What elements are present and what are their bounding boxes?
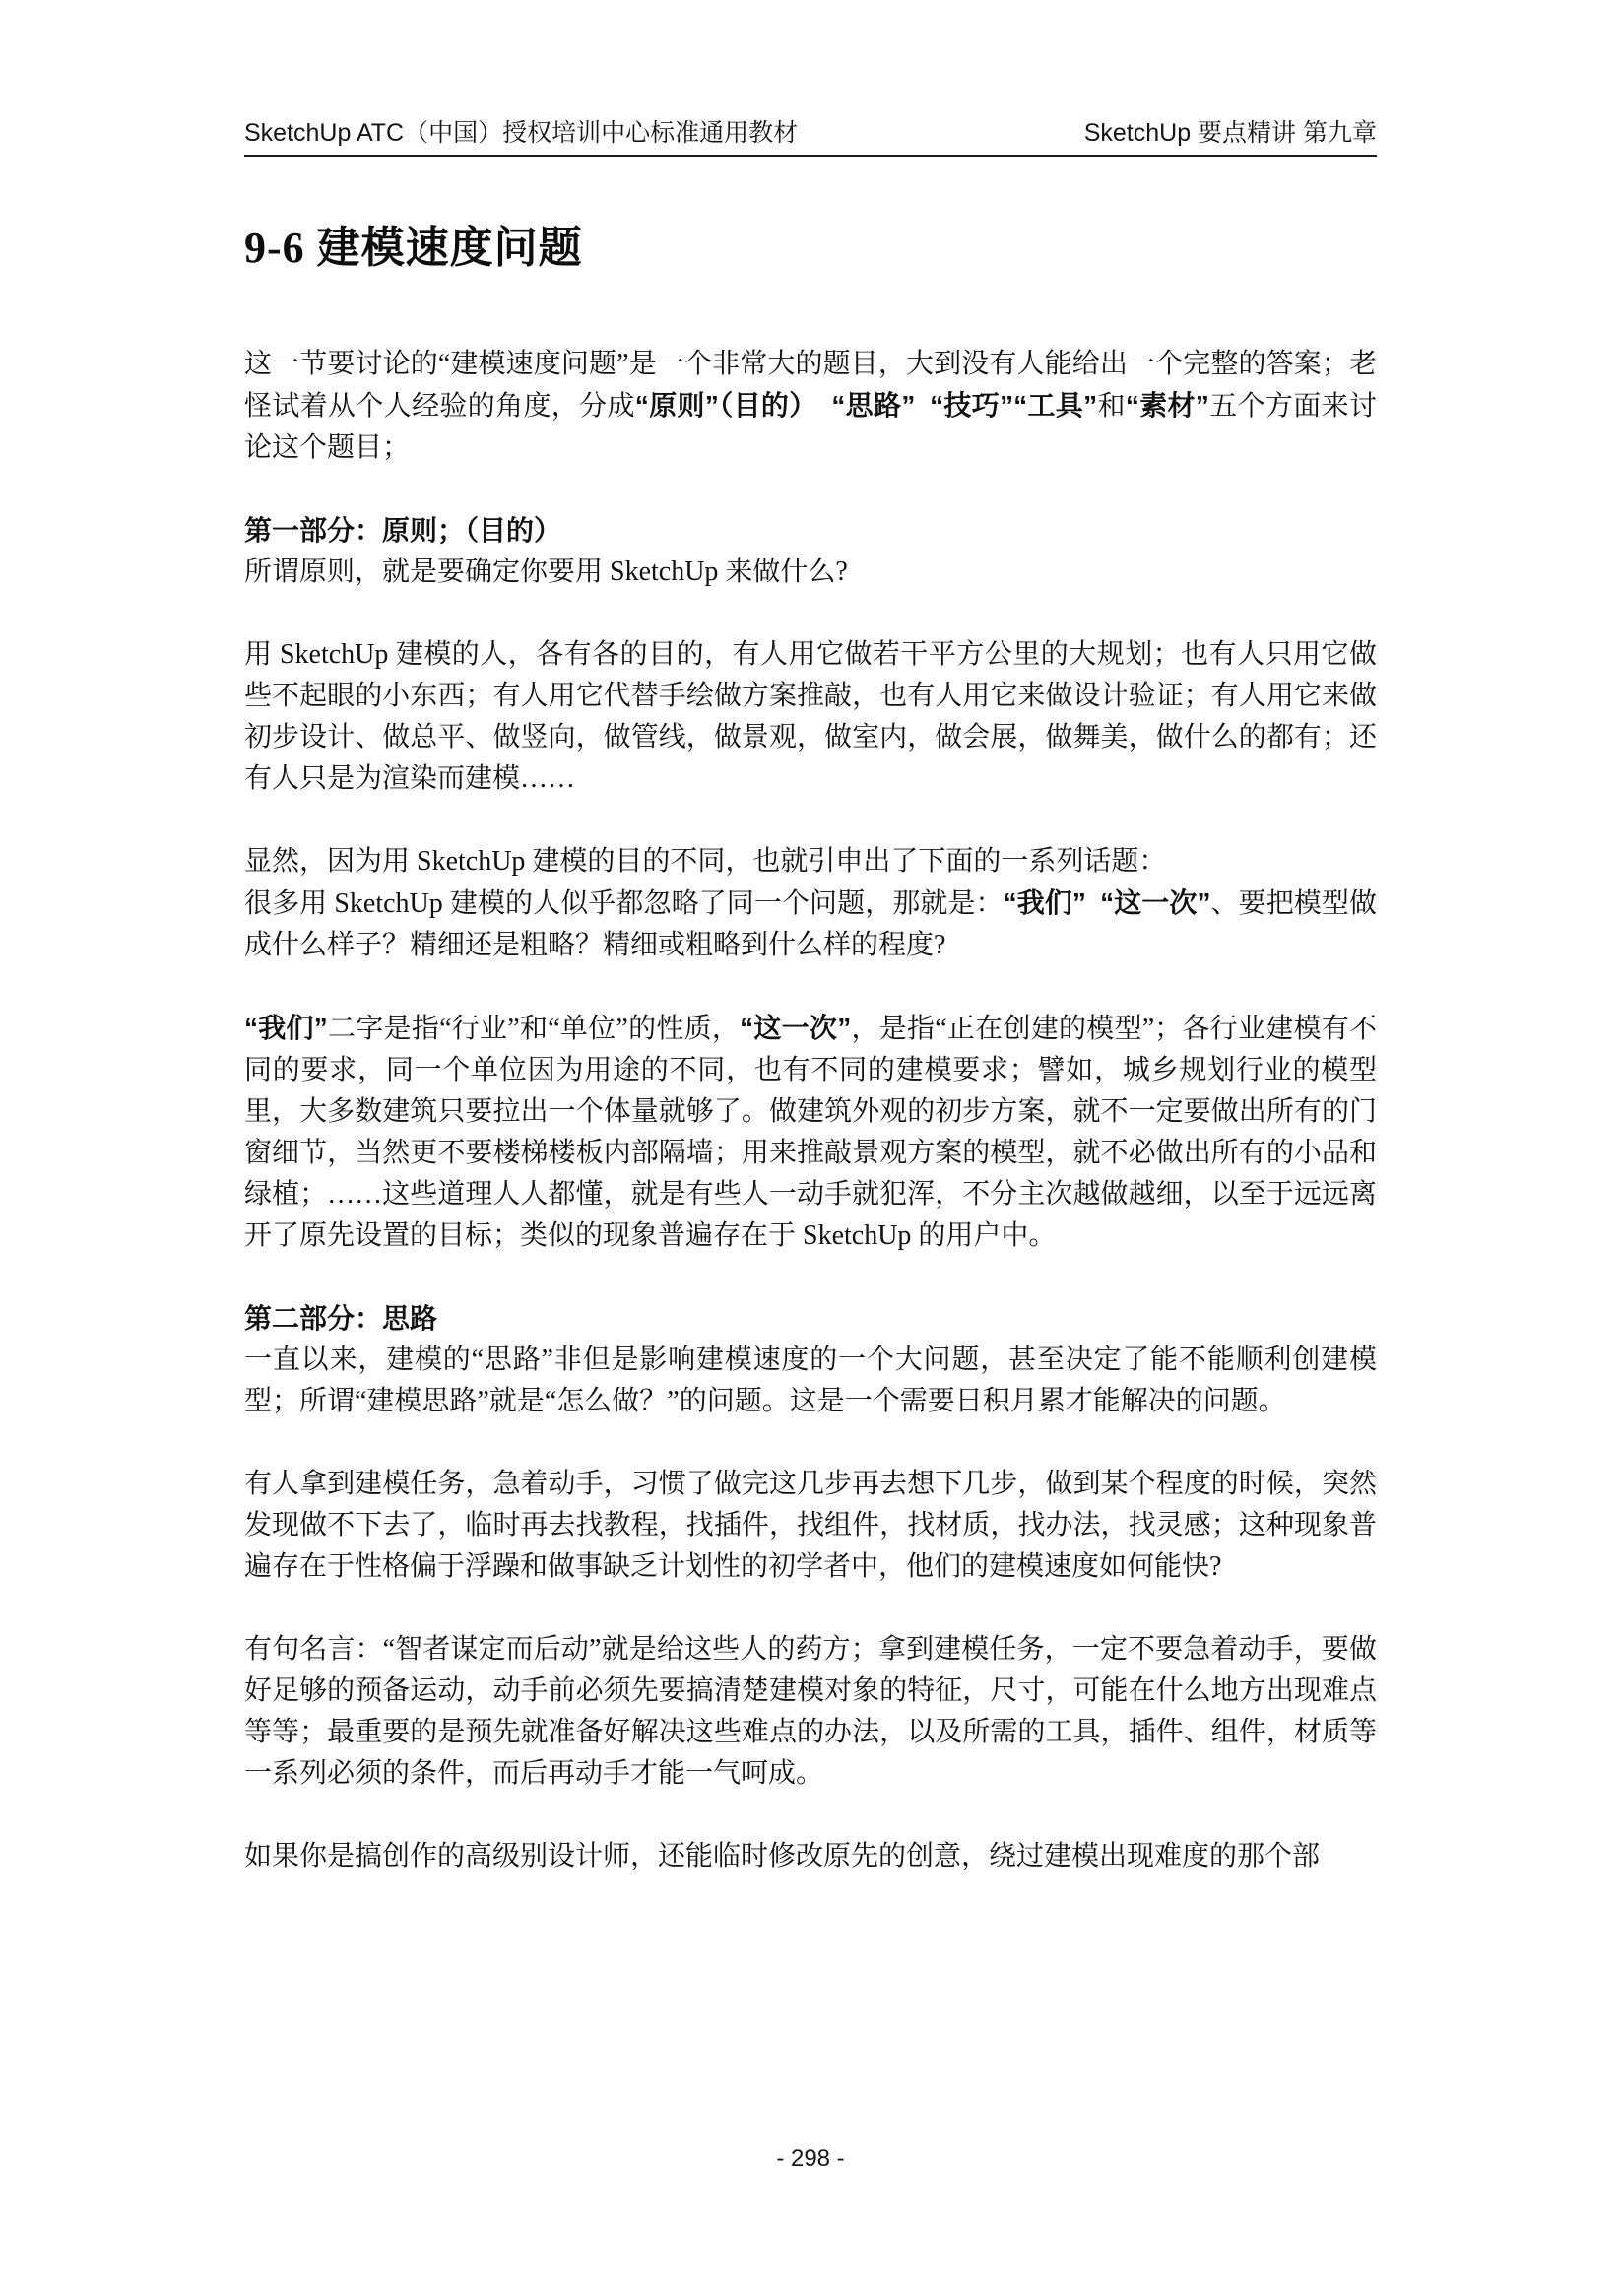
text-run: 有人拿到建模任务，急着动手，习惯了做完这几步再去想下几步，做到某个程度的时候，突… (244, 1469, 1377, 1582)
header-left-text: SketchUp ATC（中国）授权培训中心标准通用教材 (244, 118, 798, 148)
bold-text-run: “素材” (1126, 390, 1209, 421)
body-paragraph: 有人拿到建模任务，急着动手，习惯了做完这几步再去想下几步，做到某个程度的时候，突… (244, 1464, 1377, 1588)
body-paragraph: 这一节要讨论的“建模速度问题”是一个非常大的题目，大到没有人能给出一个完整的答案… (244, 344, 1377, 469)
text-run: 和 (1097, 391, 1126, 422)
text-run: 一直以来，建模的“思路”非但是影响建模速度的一个大问题，甚至决定了能不能顺利创建… (244, 1345, 1377, 1416)
bold-text-run: “这一次” (740, 1013, 851, 1043)
text-run: 二字是指“行业”和“单位”的性质， (328, 1014, 740, 1044)
body-paragraph: 用 SketchUp 建模的人，各有各的目的，有人用它做若干平方公里的大规划；也… (244, 634, 1377, 800)
bold-text-run: “思路” (831, 390, 915, 421)
bold-text-run: “我们” (244, 1013, 328, 1043)
page-number: - 298 - (776, 2145, 844, 2172)
bold-text-run: 第二部分：思路 (244, 1303, 437, 1334)
bold-text-run: 第一部分：原则；（目的） (244, 515, 561, 546)
page-title: 9-6 建模速度问题 (244, 212, 1377, 275)
text-run: 如果你是搞创作的高级别设计师，还能临时修改原先的创意，绕过建模出现难度的那个部 (244, 1841, 1320, 1871)
body-paragraph: 如果你是搞创作的高级别设计师，还能临时修改原先的创意，绕过建模出现难度的那个部 (244, 1836, 1377, 1877)
body-paragraph: “我们”二字是指“行业”和“单位”的性质，“这一次”，是指“正在创建的模型”；各… (244, 1008, 1377, 1257)
text-run (817, 391, 832, 422)
bold-text-run: “原则”（目的） (635, 390, 817, 421)
bold-text-run: “这一次” (1100, 887, 1210, 918)
page-header: SketchUp ATC（中国）授权培训中心标准通用教材 SketchUp 要点… (244, 118, 1377, 157)
header-right-text: SketchUp 要点精讲 第九章 (1084, 118, 1377, 148)
bold-text-run: “我们” (1004, 887, 1086, 918)
body-paragraph: 显然，因为用 SketchUp 建模的目的不同，也就引申出了下面的一系列话题： … (244, 841, 1377, 966)
page-footer: - 298 - (0, 2145, 1621, 2173)
text-run: ，是指“正在创建的模型”；各行业建模有不同的要求，同一个单位因为用途的不同，也有… (244, 1014, 1377, 1251)
section-heading: 第一部分：原则；（目的） (244, 510, 1377, 552)
text-run (1086, 888, 1100, 919)
text-run (915, 391, 930, 422)
bold-text-run: “技巧”“工具” (930, 390, 1097, 421)
text-run: 用 SketchUp 建模的人，各有各的目的，有人用它做若干平方公里的大规划；也… (244, 639, 1377, 794)
document-page: SketchUp ATC（中国）授权培训中心标准通用教材 SketchUp 要点… (0, 0, 1621, 2296)
body-paragraph: 有句名言：“智者谋定而后动”就是给这些人的药方；拿到建模任务，一定不要急着动手，… (244, 1629, 1377, 1795)
section-heading: 第二部分：思路 (244, 1298, 1377, 1340)
text-run: 所谓原则，就是要确定你要用 SketchUp 来做什么? (244, 557, 848, 587)
body-paragraph: 一直以来，建模的“思路”非但是影响建模速度的一个大问题，甚至决定了能不能顺利创建… (244, 1340, 1377, 1422)
text-run: 有句名言：“智者谋定而后动”就是给这些人的药方；拿到建模任务，一定不要急着动手，… (244, 1634, 1377, 1789)
document-body: 这一节要讨论的“建模速度问题”是一个非常大的题目，大到没有人能给出一个完整的答案… (244, 344, 1377, 1877)
body-paragraph: 所谓原则，就是要确定你要用 SketchUp 来做什么? (244, 552, 1377, 593)
